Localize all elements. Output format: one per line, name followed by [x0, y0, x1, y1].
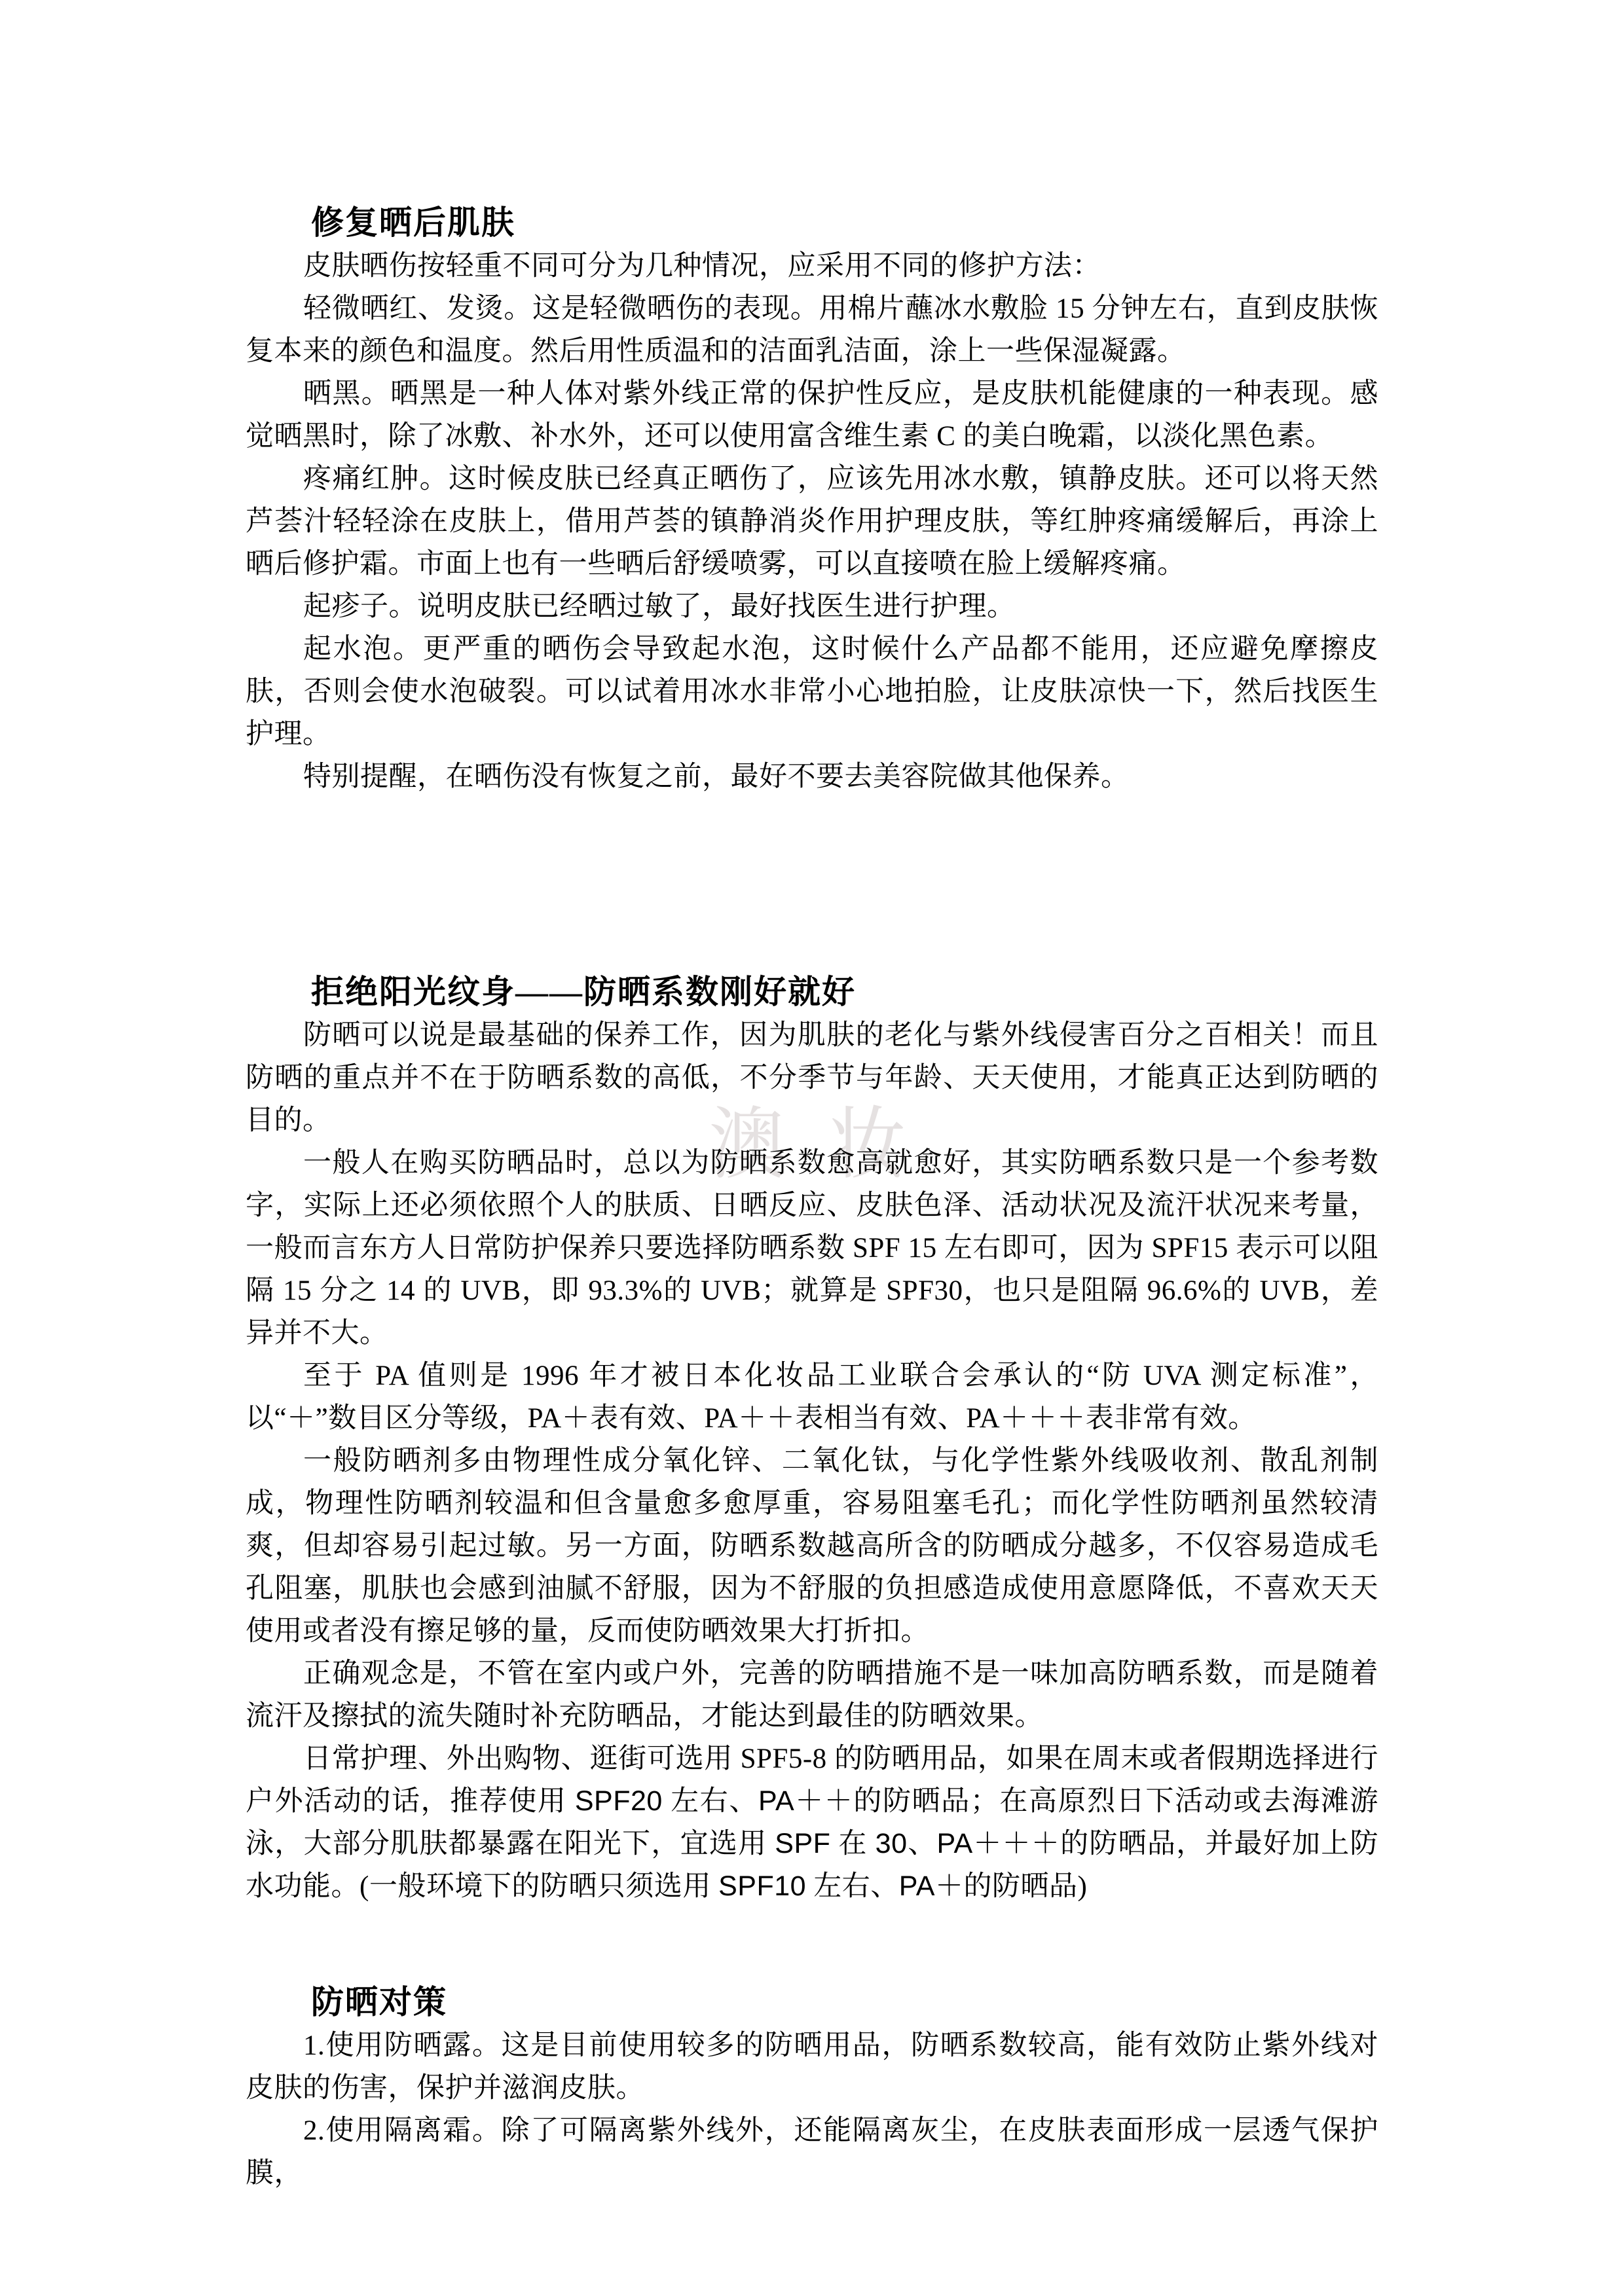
section-repair-sunburned-skin: 修复晒后肌肤 皮肤晒伤按轻重不同可分为几种情况，应采用不同的修护方法： 轻微晒红… — [246, 200, 1378, 798]
text-run-sans: PA＋＋ — [758, 1785, 853, 1817]
text-run-sans: SPF10 — [718, 1870, 806, 1902]
text-run: 的防晒品) — [963, 1871, 1087, 1902]
paragraph: 正确观念是，不管在室内或户外，完善的防晒措施不是一味加高防晒系数，而是随着流汗及… — [246, 1652, 1378, 1738]
text-run: 2.使用隔离霜。除了可隔离紫外线外，还能隔离灰尘，在皮肤表面形成一层透气保护膜， — [246, 2115, 1378, 2189]
paragraph: 起水泡。更严重的晒伤会导致起水泡，这时候什么产品都不能用，还应避免摩擦皮肤，否则… — [246, 628, 1378, 756]
paragraph: 疼痛红肿。这时候皮肤已经真正晒伤了，应该先用冰水敷，镇静皮肤。还可以将天然芦荟汁… — [246, 458, 1378, 585]
paragraph: 至于 PA 值则是 1996 年才被日本化妆品工业联合会承认的“防 UVA 测定… — [246, 1355, 1378, 1440]
text-run: 皮肤晒伤按轻重不同可分为几种情况，应采用不同的修护方法： — [303, 251, 1101, 282]
document-page: 澳妆 修复晒后肌肤 皮肤晒伤按轻重不同可分为几种情况，应采用不同的修护方法： 轻… — [0, 0, 1624, 2296]
text-run: 晒黑。晒黑是一种人体对紫外线正常的保护性反应，是皮肤机能健康的一种表现。感觉晒黑… — [246, 378, 1378, 452]
text-run: 左右、 — [663, 1786, 758, 1817]
text-run: 特别提醒，在晒伤没有恢复之前，最好不要去美容院做其他保养。 — [303, 761, 1130, 792]
paragraph: 晒黑。晒黑是一种人体对紫外线正常的保护性反应，是皮肤机能健康的一种表现。感觉晒黑… — [246, 373, 1378, 458]
text-run: 起水泡。更严重的晒伤会导致起水泡，这时候什么产品都不能用，还应避免摩擦皮肤，否则… — [246, 634, 1378, 750]
text-run: 至于 PA 值则是 1996 年才被日本化妆品工业联合会承认的“防 UVA 测定… — [246, 1360, 1378, 1434]
section-heading: 防晒对策 — [246, 1980, 1378, 2024]
text-run: 、 — [908, 1829, 937, 1859]
text-run-sans: SPF20 — [575, 1785, 663, 1817]
text-run: 疼痛红肿。这时候皮肤已经真正晒伤了，应该先用冰水敷，镇静皮肤。还可以将天然芦荟汁… — [246, 464, 1378, 579]
paragraph: 一般防晒剂多由物理性成分氧化锌、二氧化钛，与化学性紫外线吸收剂、散乱剂制成，物理… — [246, 1440, 1378, 1652]
paragraph: 轻微晒红、发烫。这是轻微晒伤的表现。用棉片蘸冰水敷脸 15 分钟左右，直到皮肤恢… — [246, 287, 1378, 373]
text-run: 轻微晒红、发烫。这是轻微晒伤的表现。用棉片蘸冰水敷脸 15 分钟左右，直到皮肤恢… — [246, 293, 1378, 367]
paragraph: 特别提醒，在晒伤没有恢复之前，最好不要去美容院做其他保养。 — [246, 756, 1378, 798]
text-run-sans: SPF — [775, 1828, 830, 1859]
document-content: 修复晒后肌肤 皮肤晒伤按轻重不同可分为几种情况，应采用不同的修护方法： 轻微晒红… — [246, 200, 1378, 2195]
section-spf-just-right: 拒绝阳光纹身——防晒系数刚好就好 防晒可以说是最基础的保养工作，因为肌肤的老化与… — [246, 970, 1378, 1908]
text-run: 防晒可以说是最基础的保养工作，因为肌肤的老化与紫外线侵害百分之百相关！而且防晒的… — [246, 1020, 1378, 1136]
text-run: 正确观念是，不管在室内或户外，完善的防晒措施不是一味加高防晒系数，而是随着流汗及… — [246, 1658, 1378, 1732]
text-run: 在 — [830, 1829, 875, 1859]
section-gap — [246, 1908, 1378, 1980]
paragraph: 一般人在购买防晒品时，总以为防晒系数愈高就愈好，其实防晒系数只是一个参考数字，实… — [246, 1142, 1378, 1355]
section-gap — [246, 798, 1378, 970]
text-run-sans: PA＋＋＋ — [936, 1828, 1060, 1859]
text-run: 起疹子。说明皮肤已经晒过敏了，最好找医生进行护理。 — [303, 591, 1016, 622]
text-run: 左右、 — [806, 1871, 899, 1902]
text-run-sans: PA＋ — [899, 1870, 964, 1902]
text-run: 1.使用防晒露。这是目前使用较多的防晒用品，防晒系数较高，能有效防止紫外线对皮肤… — [246, 2030, 1378, 2104]
text-run: 一般人在购买防晒品时，总以为防晒系数愈高就愈好，其实防晒系数只是一个参考数字，实… — [246, 1148, 1378, 1349]
section-heading: 修复晒后肌肤 — [246, 200, 1378, 245]
paragraph: 皮肤晒伤按轻重不同可分为几种情况，应采用不同的修护方法： — [246, 245, 1378, 287]
paragraph: 起疹子。说明皮肤已经晒过敏了，最好找医生进行护理。 — [246, 585, 1378, 628]
paragraph: 日常护理、外出购物、逛街可选用 SPF5-8 的防晒用品，如果在周末或者假期选择… — [246, 1738, 1378, 1908]
section-heading: 拒绝阳光纹身——防晒系数刚好就好 — [246, 970, 1378, 1014]
text-run: 一般防晒剂多由物理性成分氧化锌、二氧化钛，与化学性紫外线吸收剂、散乱剂制成，物理… — [246, 1446, 1378, 1647]
text-run-sans: 30 — [876, 1828, 908, 1859]
section-sun-protection-strategies: 防晒对策 1.使用防晒露。这是目前使用较多的防晒用品，防晒系数较高，能有效防止紫… — [246, 1980, 1378, 2195]
paragraph: 2.使用隔离霜。除了可隔离紫外线外，还能隔离灰尘，在皮肤表面形成一层透气保护膜， — [246, 2109, 1378, 2195]
paragraph: 防晒可以说是最基础的保养工作，因为肌肤的老化与紫外线侵害百分之百相关！而且防晒的… — [246, 1014, 1378, 1142]
paragraph: 1.使用防晒露。这是目前使用较多的防晒用品，防晒系数较高，能有效防止紫外线对皮肤… — [246, 2024, 1378, 2109]
